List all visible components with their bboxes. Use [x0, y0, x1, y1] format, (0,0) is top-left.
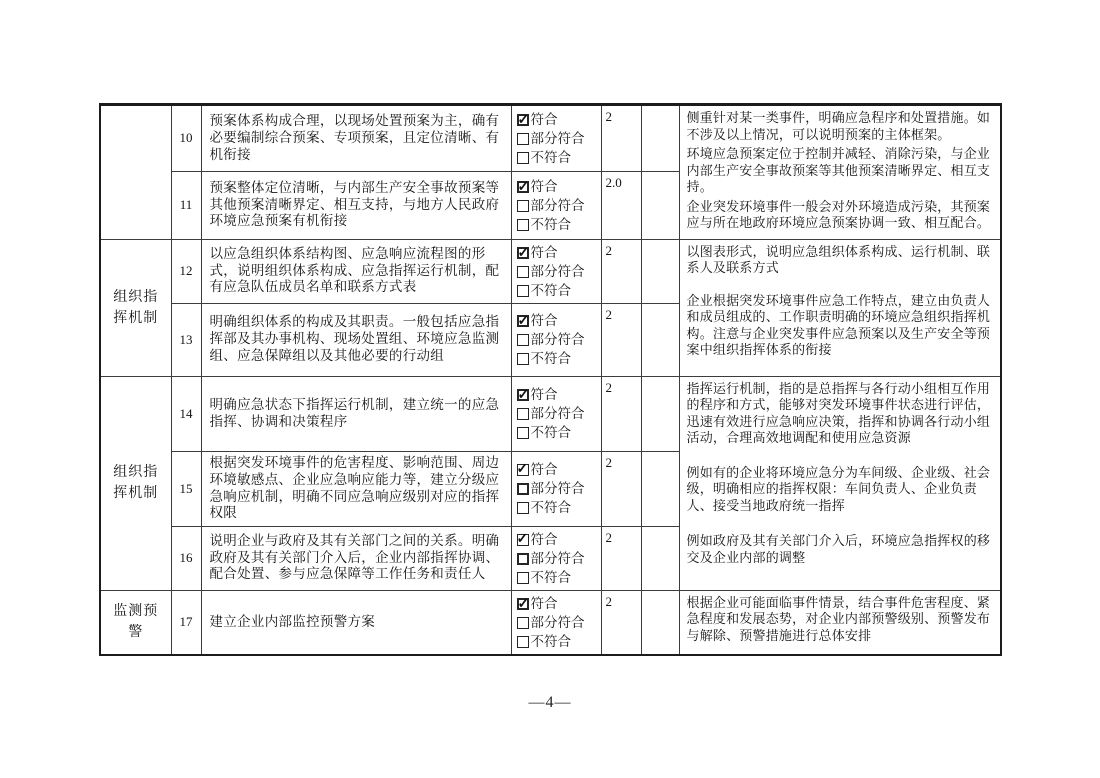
- checkbox-label: 不符合: [531, 283, 572, 298]
- score-cell: 2: [601, 526, 641, 590]
- checkbox-option: 部分符合: [517, 613, 599, 632]
- checkbox-icon: [517, 152, 529, 164]
- checkbox-label: 部分符合: [531, 551, 585, 566]
- checkbox-option: 符合: [517, 311, 599, 330]
- row-number: 16: [171, 526, 201, 590]
- notes-cell: 侧重针对某一类事件，明确应急程序和处置措施。如不涉及以上情况，可以说明预案的主体…: [679, 105, 1001, 240]
- empty-cell: [641, 526, 679, 590]
- note-paragraph: 侧重针对某一类事件，明确应急程序和处置措施。如不涉及以上情况，可以说明预案的主体…: [687, 110, 994, 143]
- category-cell: 组织指挥机制: [100, 376, 171, 590]
- category-cell: 监测预警: [100, 590, 171, 655]
- checkbox-option: 符合: [517, 110, 599, 129]
- empty-cell: [641, 451, 679, 526]
- criterion-text: 预案体系构成合理，以现场处置预案为主，确有必要编制综合预案、专项预案，且定位清晰…: [201, 105, 511, 172]
- checkbox-label: 部分符合: [531, 481, 585, 496]
- score-cell: 2: [601, 451, 641, 526]
- empty-cell: [641, 239, 679, 303]
- checkbox-label: 符合: [531, 179, 558, 194]
- checkbox-label: 不符合: [531, 500, 572, 515]
- checkbox-option: 不符合: [517, 568, 599, 587]
- criterion-text: 明确组织体系的构成及其职责。一般包括应急指挥部及其办事机构、现场处置组、环境应急…: [201, 303, 511, 376]
- row-number: 15: [171, 451, 201, 526]
- checkbox-label: 符合: [531, 532, 558, 547]
- checkbox-option: 不符合: [517, 423, 599, 442]
- checkbox-icon: [517, 598, 529, 610]
- score-cell: 2: [601, 590, 641, 655]
- checkbox-label: 部分符合: [531, 264, 585, 279]
- checkbox-icon: [517, 617, 529, 629]
- score-cell: 2: [601, 376, 641, 451]
- row-number: 10: [171, 105, 201, 172]
- checkbox-label: 部分符合: [531, 406, 585, 421]
- row-number: 11: [171, 171, 201, 239]
- checkbox-option: 符合: [517, 385, 599, 404]
- empty-cell: [641, 303, 679, 376]
- checkbox-label: 部分符合: [531, 198, 585, 213]
- checkbox-label: 不符合: [531, 634, 572, 649]
- checkbox-option: 不符合: [517, 632, 599, 651]
- notes-cell: 指挥运行机制，指的是总指挥与各行动小组相互作用的程序和方式，能够对突发环境事件状…: [679, 376, 1001, 590]
- checkbox-icon: [517, 114, 529, 126]
- checkbox-option: 不符合: [517, 498, 599, 517]
- checkbox-cell: 符合 部分符合 不符合: [511, 451, 601, 526]
- checkbox-label: 符合: [531, 313, 558, 328]
- notes-cell: 根据企业可能面临事件情景，结合事件危害程度、紧急程度和发展态势，对企业内部预警级…: [679, 590, 1001, 655]
- checkbox-option: 不符合: [517, 148, 599, 167]
- note-paragraph: 指挥运行机制，指的是总指挥与各行动小组相互作用的程序和方式，能够对突发环境事件状…: [687, 381, 994, 447]
- criterion-text: 说明企业与政府及其有关部门之间的关系。明确政府及其有关部门介入后，企业内部指挥协…: [201, 526, 511, 590]
- table-row: 监测预警 17 建立企业内部监控预警方案 符合 部分符合 不符合 2 根据企业可…: [100, 590, 1001, 655]
- checkbox-option: 部分符合: [517, 262, 599, 281]
- checkbox-label: 部分符合: [531, 615, 585, 630]
- checkbox-option: 不符合: [517, 215, 599, 234]
- checkbox-option: 符合: [517, 460, 599, 479]
- page-number: —4—: [0, 694, 1100, 712]
- row-number: 12: [171, 239, 201, 303]
- empty-cell: [641, 171, 679, 239]
- table-row: 组织指挥机制 12 以应急组织体系结构图、应急响应流程图的形式，说明组织体系构成…: [100, 239, 1001, 303]
- checkbox-icon: [517, 285, 529, 297]
- checkbox-label: 符合: [531, 245, 558, 260]
- checkbox-option: 部分符合: [517, 196, 599, 215]
- checkbox-icon: [517, 427, 529, 439]
- criterion-text: 预案整体定位清晰，与内部生产安全事故预案等其他预案清晰界定、相互支持，与地方人民…: [201, 171, 511, 239]
- checkbox-icon: [517, 247, 529, 259]
- checkbox-label: 部分符合: [531, 131, 585, 146]
- checkbox-cell: 符合 部分符合 不符合: [511, 239, 601, 303]
- empty-cell: [641, 376, 679, 451]
- checkbox-option: 部分符合: [517, 330, 599, 349]
- checkbox-cell: 符合 部分符合 不符合: [511, 105, 601, 172]
- checkbox-label: 不符合: [531, 425, 572, 440]
- checkbox-icon: [517, 408, 529, 420]
- checkbox-icon: [517, 483, 529, 495]
- checkbox-icon: [517, 219, 529, 231]
- checkbox-icon: [517, 315, 529, 327]
- score-cell: 2: [601, 239, 641, 303]
- checkbox-label: 不符合: [531, 150, 572, 165]
- checkbox-label: 符合: [531, 387, 558, 402]
- checkbox-label: 部分符合: [531, 332, 585, 347]
- score-cell: 2: [601, 105, 641, 172]
- checkbox-option: 部分符合: [517, 404, 599, 423]
- empty-cell: [641, 590, 679, 655]
- checkbox-icon: [517, 266, 529, 278]
- table-row: 组织指挥机制 14 明确应急状态下指挥运行机制，建立统一的应急指挥、协调和决策程…: [100, 376, 1001, 451]
- checkbox-icon: [517, 534, 529, 546]
- checkbox-option: 符合: [517, 530, 599, 549]
- checkbox-option: 部分符合: [517, 129, 599, 148]
- checkbox-option: 部分符合: [517, 479, 599, 498]
- score-cell: 2.0: [601, 171, 641, 239]
- checkbox-icon: [517, 353, 529, 365]
- checkbox-label: 符合: [531, 112, 558, 127]
- checkbox-cell: 符合 部分符合 不符合: [511, 526, 601, 590]
- checkbox-cell: 符合 部分符合 不符合: [511, 171, 601, 239]
- checkbox-cell: 符合 部分符合 不符合: [511, 303, 601, 376]
- checkbox-icon: [517, 464, 529, 476]
- criterion-text: 建立企业内部监控预警方案: [201, 590, 511, 655]
- checkbox-label: 符合: [531, 462, 558, 477]
- checkbox-icon: [517, 553, 529, 565]
- category-cell: [100, 105, 171, 240]
- checkbox-icon: [517, 636, 529, 648]
- assessment-table: 10 预案体系构成合理，以现场处置预案为主，确有必要编制综合预案、专项预案，且定…: [99, 103, 1002, 656]
- checkbox-option: 不符合: [517, 281, 599, 300]
- criterion-text: 以应急组织体系结构图、应急响应流程图的形式，说明组织体系构成、应急指挥运行机制，…: [201, 239, 511, 303]
- checkbox-label: 符合: [531, 596, 558, 611]
- note-paragraph: 例如政府及其有关部门介入后，环境应急指挥权的移交及企业内部的调整: [687, 533, 994, 566]
- checkbox-label: 不符合: [531, 570, 572, 585]
- checkbox-icon: [517, 200, 529, 212]
- checkbox-cell: 符合 部分符合 不符合: [511, 376, 601, 451]
- note-paragraph: 例如有的企业将环境应急分为车间级、企业级、社会级，明确相应的指挥权限：车间负责人…: [687, 465, 994, 515]
- notes-cell: 以图表形式，说明应急组织体系构成、运行机制、联系人及联系方式 企业根据突发环境事…: [679, 239, 1001, 376]
- checkbox-icon: [517, 572, 529, 584]
- checkbox-option: 部分符合: [517, 549, 599, 568]
- category-cell: 组织指挥机制: [100, 239, 171, 376]
- criterion-text: 明确应急状态下指挥运行机制，建立统一的应急指挥、协调和决策程序: [201, 376, 511, 451]
- checkbox-option: 不符合: [517, 349, 599, 368]
- table-row: 10 预案体系构成合理，以现场处置预案为主，确有必要编制综合预案、专项预案，且定…: [100, 105, 1001, 172]
- note-paragraph: 环境应急预案定位于控制并减轻、消除污染，与企业内部生产安全事故预案等其他预案清晰…: [687, 146, 994, 196]
- criterion-text: 根据突发环境事件的危害程度、影响范围、周边环境敏感点、企业应急响应能力等，建立分…: [201, 451, 511, 526]
- checkbox-label: 不符合: [531, 351, 572, 366]
- checkbox-option: 符合: [517, 594, 599, 613]
- score-cell: 2: [601, 303, 641, 376]
- note-paragraph: 企业根据突发环境事件应急工作特点，建立由负责人和成员组成的、工作职责明确的环境应…: [687, 293, 994, 359]
- checkbox-cell: 符合 部分符合 不符合: [511, 590, 601, 655]
- checkbox-option: 符合: [517, 243, 599, 262]
- empty-cell: [641, 105, 679, 172]
- checkbox-option: 符合: [517, 177, 599, 196]
- document-page: 10 预案体系构成合理，以现场处置预案为主，确有必要编制综合预案、专项预案，且定…: [0, 0, 1100, 778]
- note-paragraph: 根据企业可能面临事件情景，结合事件危害程度、紧急程度和发展态势，对企业内部预警级…: [687, 595, 994, 645]
- checkbox-icon: [517, 502, 529, 514]
- note-paragraph: 企业突发环境事件一般会对外环境造成污染，其预案应与所在地政府环境应急预案协调一致…: [687, 199, 994, 232]
- checkbox-label: 不符合: [531, 217, 572, 232]
- checkbox-icon: [517, 334, 529, 346]
- checkbox-icon: [517, 181, 529, 193]
- checkbox-icon: [517, 133, 529, 145]
- row-number: 14: [171, 376, 201, 451]
- checkbox-icon: [517, 389, 529, 401]
- row-number: 13: [171, 303, 201, 376]
- row-number: 17: [171, 590, 201, 655]
- note-paragraph: 以图表形式，说明应急组织体系构成、运行机制、联系人及联系方式: [687, 244, 994, 277]
